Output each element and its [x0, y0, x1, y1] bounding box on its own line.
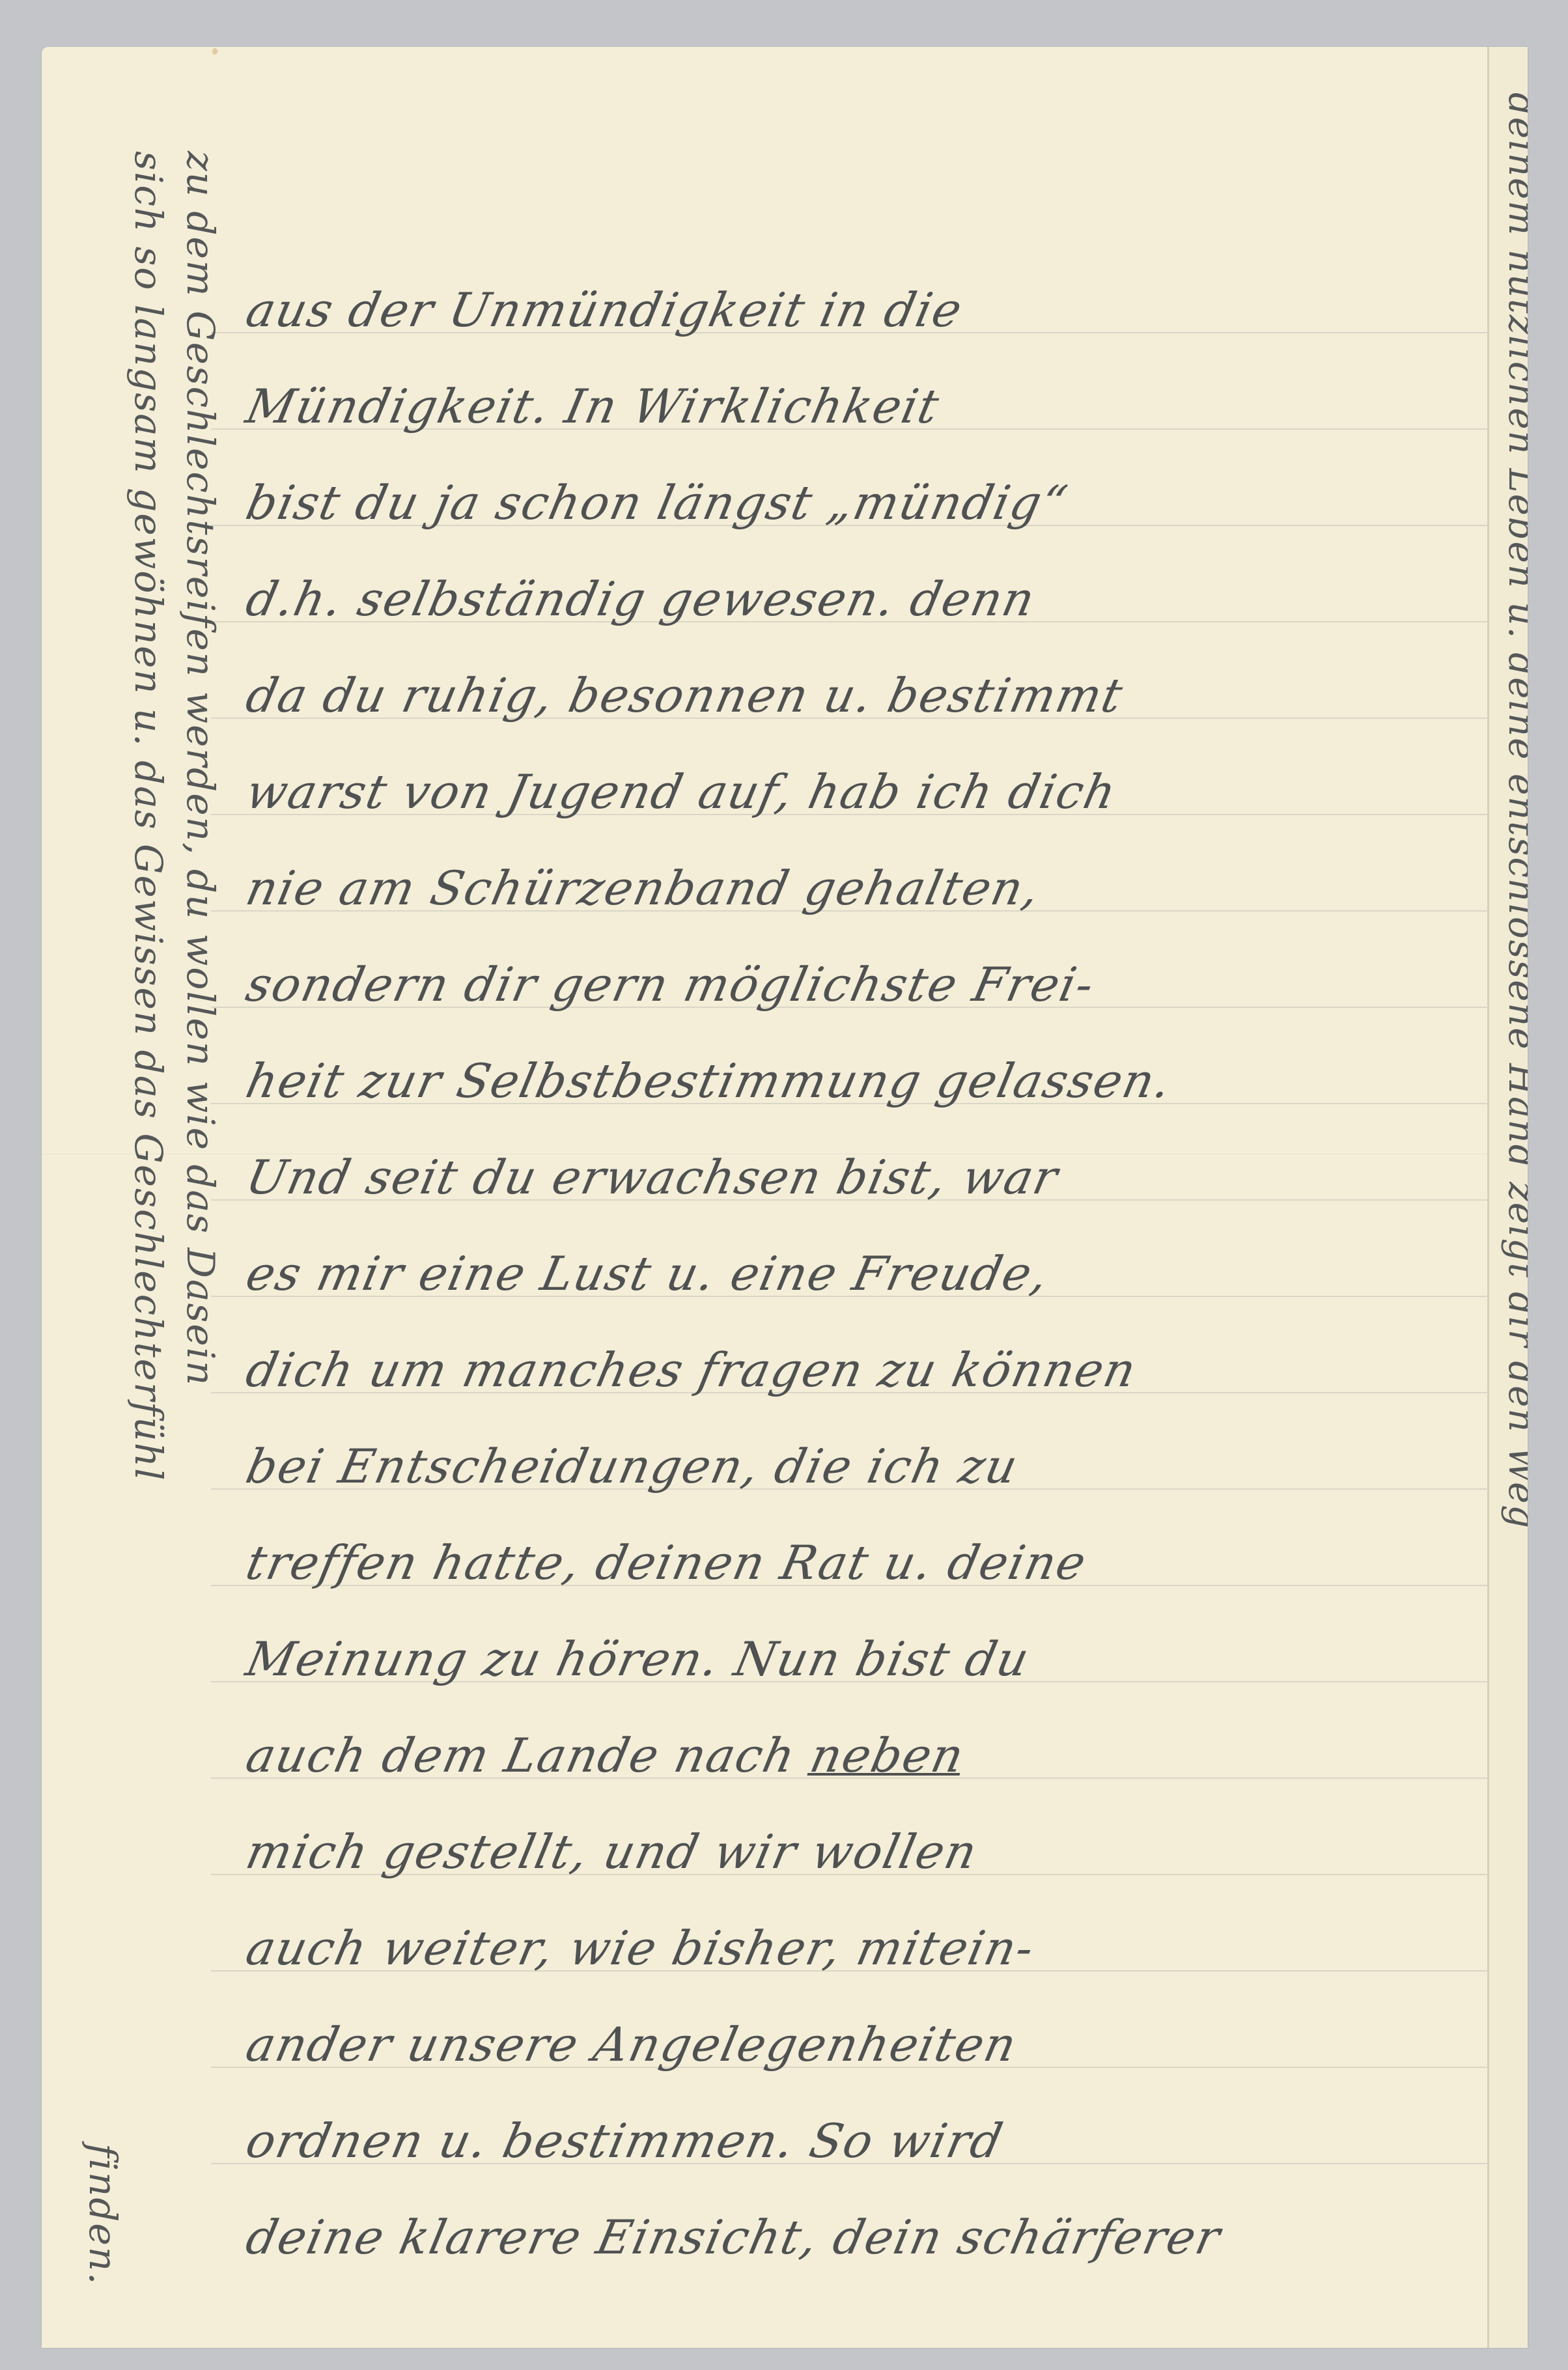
letter-line: d.h. selbständig gewesen. denn	[237, 551, 1494, 647]
margin-note-column: sich so langsam gewöhnen u. das Gewissen…	[126, 151, 171, 1482]
letter-sheet: zu dem Geschlechtsreifen werden, du woll…	[42, 47, 1528, 2348]
letter-line: aus der Unmündigkeit in die	[237, 262, 1494, 358]
margin-note-column: deinem nützlichen Leben u. deine entschl…	[1500, 92, 1528, 1529]
letter-line: dich um manches fragen zu können	[237, 1322, 1494, 1418]
letter-line: Mündigkeit. In Wirklichkeit	[237, 358, 1494, 454]
letter-line: treffen hatte, deinen Rat u. deine	[237, 1514, 1494, 1611]
letter-line-underlined: auch dem Lande nach neben	[237, 1707, 1494, 1804]
letter-line: deine klarere Einsicht, dein schärferer	[237, 2189, 1494, 2285]
letter-line: nie am Schürzenband gehalten,	[237, 840, 1494, 936]
letter-line: Meinung zu hören. Nun bist du	[237, 1611, 1494, 1707]
left-margin-notes: zu dem Geschlechtsreifen werden, du woll…	[81, 151, 237, 2326]
letter-line: Und seit du erwachsen bist, war	[237, 1129, 1494, 1225]
letter-line: heit zur Selbstbestimmung gelassen.	[237, 1033, 1494, 1129]
letter-line: es mir eine Lust u. eine Freude,	[237, 1225, 1494, 1322]
margin-note-column: zu dem Geschlechtsreifen werden, du woll…	[178, 151, 223, 1386]
letter-line: sondern dir gern möglichste Frei-	[237, 936, 1494, 1033]
margin-note-column: finden.	[81, 2143, 125, 2286]
letter-line: bist du ja schon längst „mündig“	[237, 454, 1494, 551]
letter-line: mich gestellt, und wir wollen	[237, 1804, 1494, 1900]
paper-stain	[212, 48, 217, 55]
letter-line: ander unsere Angelegenheiten	[237, 1996, 1494, 2093]
right-page-notes: deinem nützlichen Leben u. deine entschl…	[1500, 92, 1528, 2332]
letter-line: warst von Jugend auf, hab ich dich	[237, 744, 1494, 840]
letter-body: aus der Unmündigkeit in die Mündigkeit. …	[237, 262, 1474, 2285]
underlined-word: neben	[805, 1728, 970, 1783]
letter-line: auch weiter, wie bisher, mitein-	[237, 1900, 1494, 1996]
letter-line: ordnen u. bestimmen. So wird	[237, 2093, 1494, 2189]
letter-line: bei Entscheidungen, die ich zu	[237, 1418, 1494, 1514]
letter-line: da du ruhig, besonnen u. bestimmt	[237, 647, 1494, 744]
